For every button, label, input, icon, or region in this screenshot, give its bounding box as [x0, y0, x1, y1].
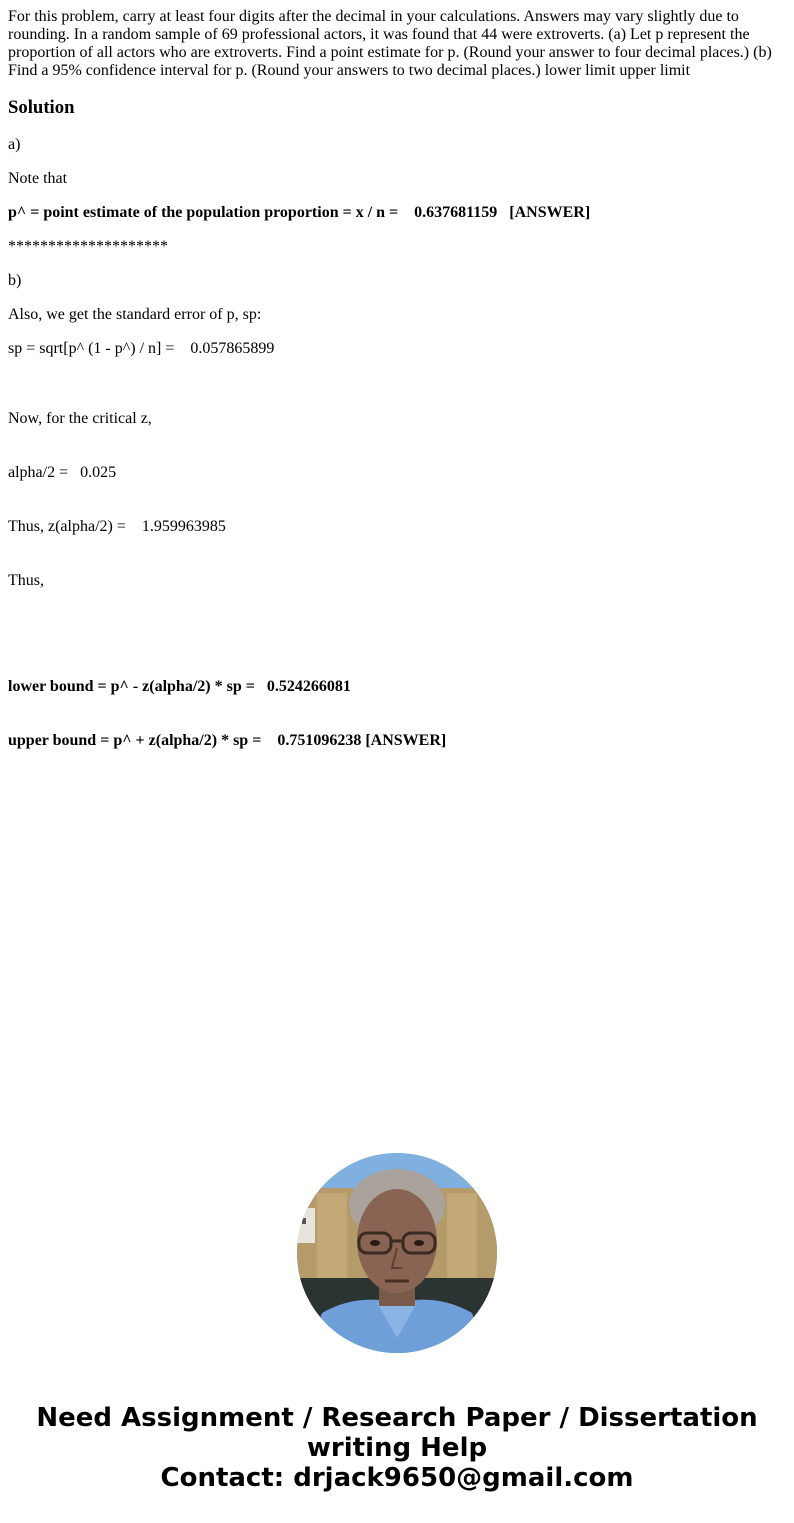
standard-error-line: sp = sqrt[p^ (1 - p^) / n] = 0.057865899 [8, 340, 786, 358]
alpha-half-line: alpha/2 = 0.025 [8, 464, 786, 482]
footer-contact-email: Contact: drjack9650@gmail.com [0, 1463, 794, 1493]
tutor-avatar [297, 1153, 497, 1353]
footer-line-1: Need Assignment / Research Paper / Disse… [0, 1403, 794, 1433]
question-text: For this problem, carry at least four di… [8, 8, 786, 80]
separator-asterisks: ******************** [8, 238, 786, 256]
document-content: For this problem, carry at least four di… [8, 8, 786, 786]
part-b-label: b) [8, 272, 786, 290]
z-value-line: Thus, z(alpha/2) = 1.959963985 [8, 518, 786, 536]
upper-bound-answer: upper bound = p^ + z(alpha/2) * sp = 0.7… [8, 732, 786, 750]
footer-line-2: writing Help [0, 1433, 794, 1463]
contact-footer: Need Assignment / Research Paper / Disse… [0, 1403, 794, 1493]
thus-line: Thus, [8, 572, 786, 590]
part-a-label: a) [8, 136, 786, 154]
solution-heading: Solution [8, 97, 786, 119]
lower-bound-line: lower bound = p^ - z(alpha/2) * sp = 0.5… [8, 678, 786, 696]
point-estimate-answer: p^ = point estimate of the population pr… [8, 204, 786, 222]
part-a-note: Note that [8, 170, 786, 188]
tutor-portrait-icon [297, 1153, 497, 1353]
critical-z-block: Now, for the critical z, alpha/2 = 0.025… [8, 374, 786, 626]
confidence-interval-block: lower bound = p^ - z(alpha/2) * sp = 0.5… [8, 642, 786, 786]
standard-error-intro: Also, we get the standard error of p, sp… [8, 306, 786, 324]
critical-z-intro: Now, for the critical z, [8, 410, 786, 428]
